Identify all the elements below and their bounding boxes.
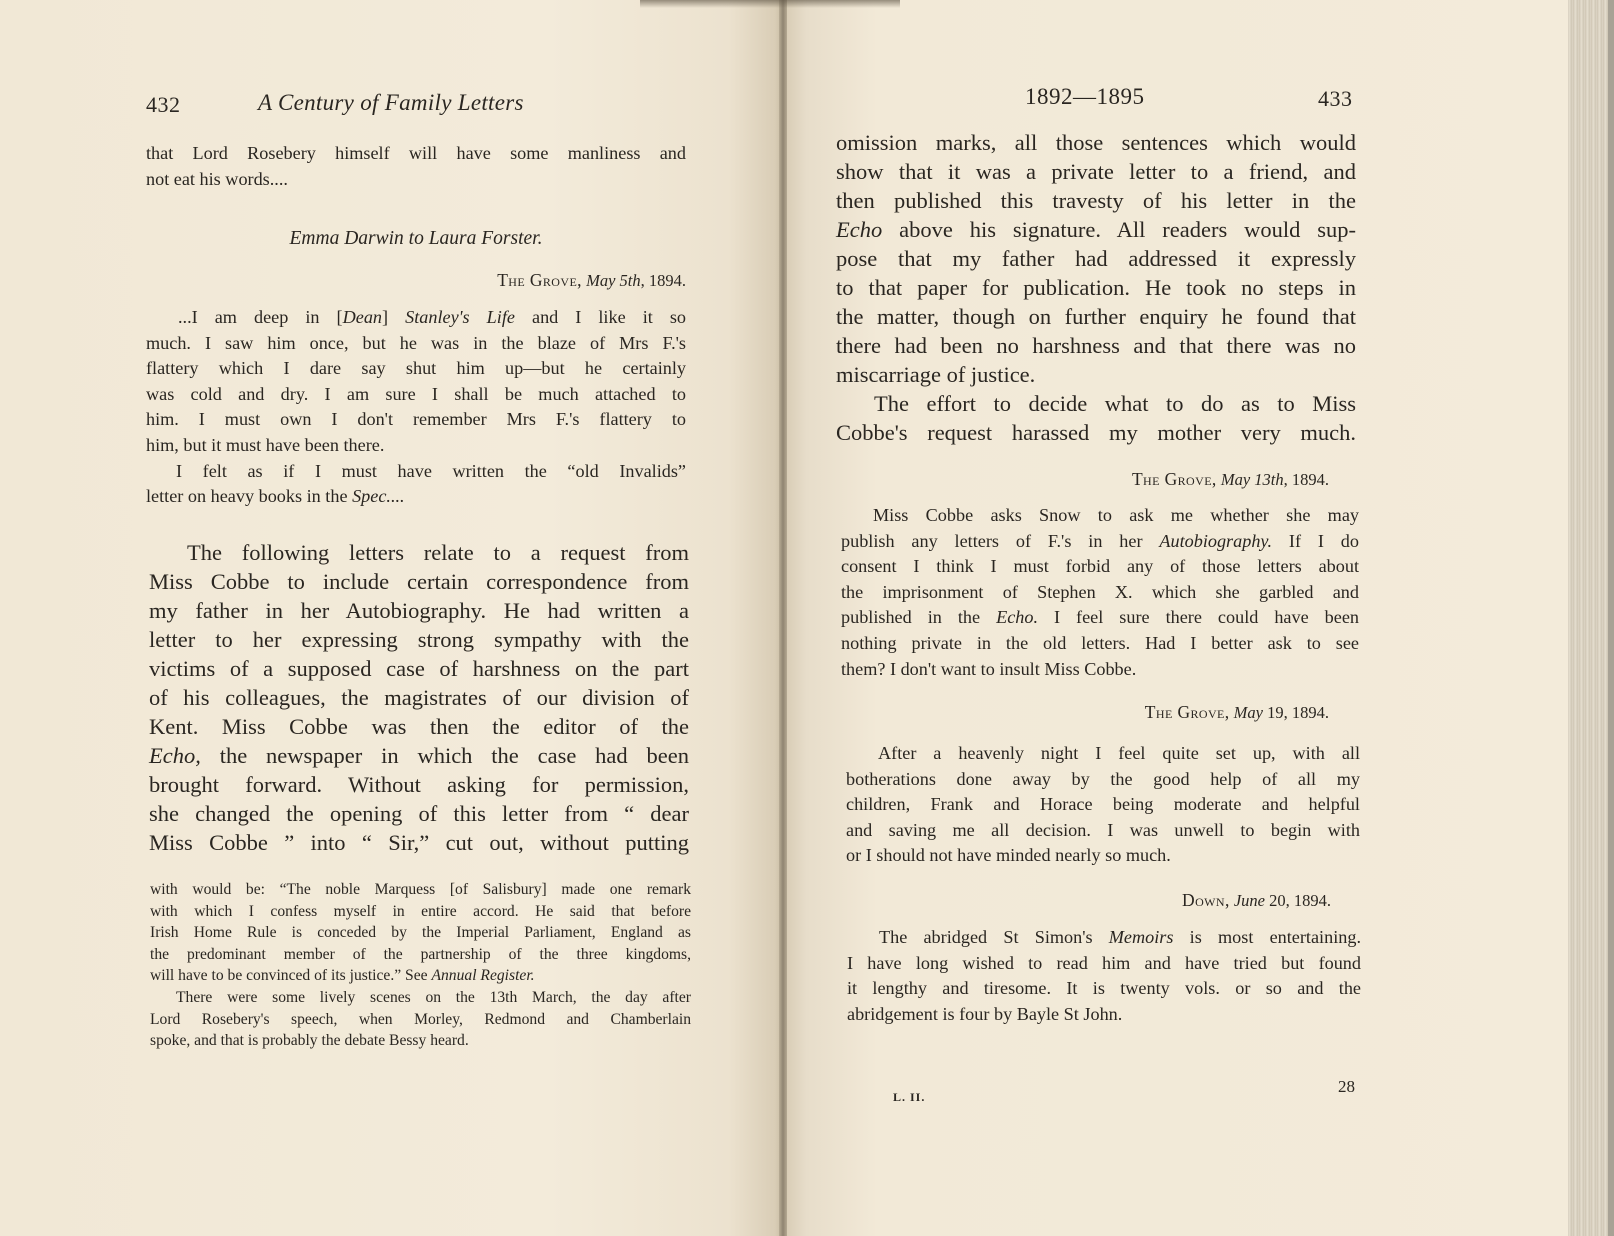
text-line: Cobbe's request harassed my mother very …: [836, 418, 1356, 447]
left-running-title: A Century of Family Letters: [258, 90, 524, 116]
text-line: my father in her Autobiography. He had w…: [149, 596, 689, 625]
letter-body: ...I am deep in [Dean] Stanley's Life an…: [146, 305, 686, 510]
text-line: of his colleagues, the magistrates of ou…: [149, 683, 689, 712]
narrative-text: The following letters relate to a reques…: [149, 538, 689, 857]
left-page-number: 432: [146, 92, 181, 118]
text-line: published in the Echo. I feel sure there…: [841, 605, 1359, 631]
letter-body: The abridged St Simon's Memoirs is most …: [847, 925, 1361, 1027]
footnote-line: the predominant member of the partnershi…: [150, 944, 691, 966]
right-running-title: 1892—1895: [1025, 84, 1145, 110]
text-line: them? I don't want to insult Miss Cobbe.: [841, 657, 1359, 683]
continuation-text: that Lord Rosebery himself will have som…: [146, 141, 686, 192]
text-line: ...I am deep in [Dean] Stanley's Life an…: [146, 305, 686, 331]
text-line: was cold and dry. I am sure I shall be m…: [146, 382, 686, 408]
text-line: Echo, the newspaper in which the case ha…: [149, 741, 689, 770]
text-line: him. I must own I don't remember Mrs F.'…: [146, 407, 686, 433]
text-line: to that paper for publication. He took n…: [836, 273, 1356, 302]
text-line: him, but it must have been there.: [146, 433, 686, 459]
text-line: and saving me all decision. I was unwell…: [846, 818, 1360, 844]
text-line: letter to her expressing strong sympathy…: [149, 625, 689, 654]
footnote-line: with would be: “The noble Marquess [of S…: [150, 879, 691, 901]
text-line: abridgement is four by Bayle St John.: [847, 1002, 1361, 1028]
letter-body: After a heavenly night I feel quite set …: [846, 741, 1360, 869]
signature-number: 28: [1338, 1077, 1355, 1097]
text-line: children, Frank and Horace being moderat…: [846, 792, 1360, 818]
letter-heading: Emma Darwin to Laura Forster.: [146, 228, 686, 250]
footnote-line: Lord Rosebery's speech, when Morley, Red…: [150, 1009, 691, 1031]
book-spread: 432 A Century of Family Letters that Lor…: [0, 0, 1614, 1236]
footnote-line: with which I confess myself in entire ac…: [150, 901, 691, 923]
text-line: Miss Cobbe ” into “ Sir,” cut out, witho…: [149, 828, 689, 857]
text-line: The abridged St Simon's Memoirs is most …: [847, 925, 1361, 951]
signature-mark: L. II.: [893, 1090, 925, 1105]
text-line: there had been no harshness and that the…: [836, 331, 1356, 360]
text-line: After a heavenly night I feel quite set …: [846, 741, 1360, 767]
text-line: she changed the opening of this letter f…: [149, 799, 689, 828]
text-line: show that it was a private letter to a f…: [836, 157, 1356, 186]
text-line: then published this travesty of his lett…: [836, 186, 1356, 215]
text-line: Echo above his signature. All readers wo…: [836, 215, 1356, 244]
footnote-line: There were some lively scenes on the 13t…: [150, 987, 691, 1009]
footnote-line: Irish Home Rule is conceded by the Imper…: [150, 922, 691, 944]
text-line: Kent. Miss Cobbe was then the editor of …: [149, 712, 689, 741]
letter-dateline: The Grove, May 5th, 1894.: [497, 270, 686, 291]
text-line: I have long wished to read him and have …: [847, 951, 1361, 977]
text-line: botherations done away by the good help …: [846, 767, 1360, 793]
text-line: I felt as if I must have written the “ol…: [146, 459, 686, 485]
text-line: the matter, though on further enquiry he…: [836, 302, 1356, 331]
footnote-line: spoke, and that is probably the debate B…: [150, 1030, 691, 1052]
text-line: Miss Cobbe to include certain correspond…: [149, 567, 689, 596]
text-line: publish any letters of F.'s in her Autob…: [841, 529, 1359, 555]
spine-shadow: [640, 0, 900, 8]
text-line: consent I think I must forbid any of tho…: [841, 554, 1359, 580]
narrative-continuation: omission marks, all those sentences whic…: [836, 128, 1356, 447]
text-line: Miss Cobbe asks Snow to ask me whether s…: [841, 503, 1359, 529]
text-line: the imprisonment of Stephen X. which she…: [841, 580, 1359, 606]
text-line: flattery which I dare say shut him up—bu…: [146, 356, 686, 382]
text-line: miscarriage of justice.: [836, 360, 1356, 389]
text-line: brought forward. Without asking for perm…: [149, 770, 689, 799]
text-line: it lengthy and tiresome. It is twenty vo…: [847, 976, 1361, 1002]
text-line: not eat his words....: [146, 167, 686, 193]
footnote-line: will have to be convinced of its justice…: [150, 965, 691, 987]
text-line: or I should not have minded nearly so mu…: [846, 843, 1360, 869]
text-line: much. I saw him once, but he was in the …: [146, 331, 686, 357]
letter-dateline: The Grove, May 13th, 1894.: [1132, 469, 1329, 490]
text-line: that Lord Rosebery himself will have som…: [146, 141, 686, 167]
text-line: victims of a supposed case of harshness …: [149, 654, 689, 683]
page-edges: [1568, 0, 1614, 1236]
text-line: pose that my father had addressed it exp…: [836, 244, 1356, 273]
text-line: nothing private in the old letters. Had …: [841, 631, 1359, 657]
right-page-number: 433: [1318, 86, 1353, 112]
text-line: The following letters relate to a reques…: [149, 538, 689, 567]
letter-dateline: Down, June 20, 1894.: [1182, 890, 1331, 911]
text-line: The effort to decide what to do as to Mi…: [836, 389, 1356, 418]
letter-dateline: The Grove, May 19, 1894.: [1145, 702, 1329, 723]
book-gutter: [779, 0, 787, 1236]
text-line: omission marks, all those sentences whic…: [836, 128, 1356, 157]
footnote: with would be: “The noble Marquess [of S…: [150, 879, 691, 1052]
letter-body: Miss Cobbe asks Snow to ask me whether s…: [841, 503, 1359, 682]
text-line: letter on heavy books in the Spec....: [146, 484, 686, 510]
